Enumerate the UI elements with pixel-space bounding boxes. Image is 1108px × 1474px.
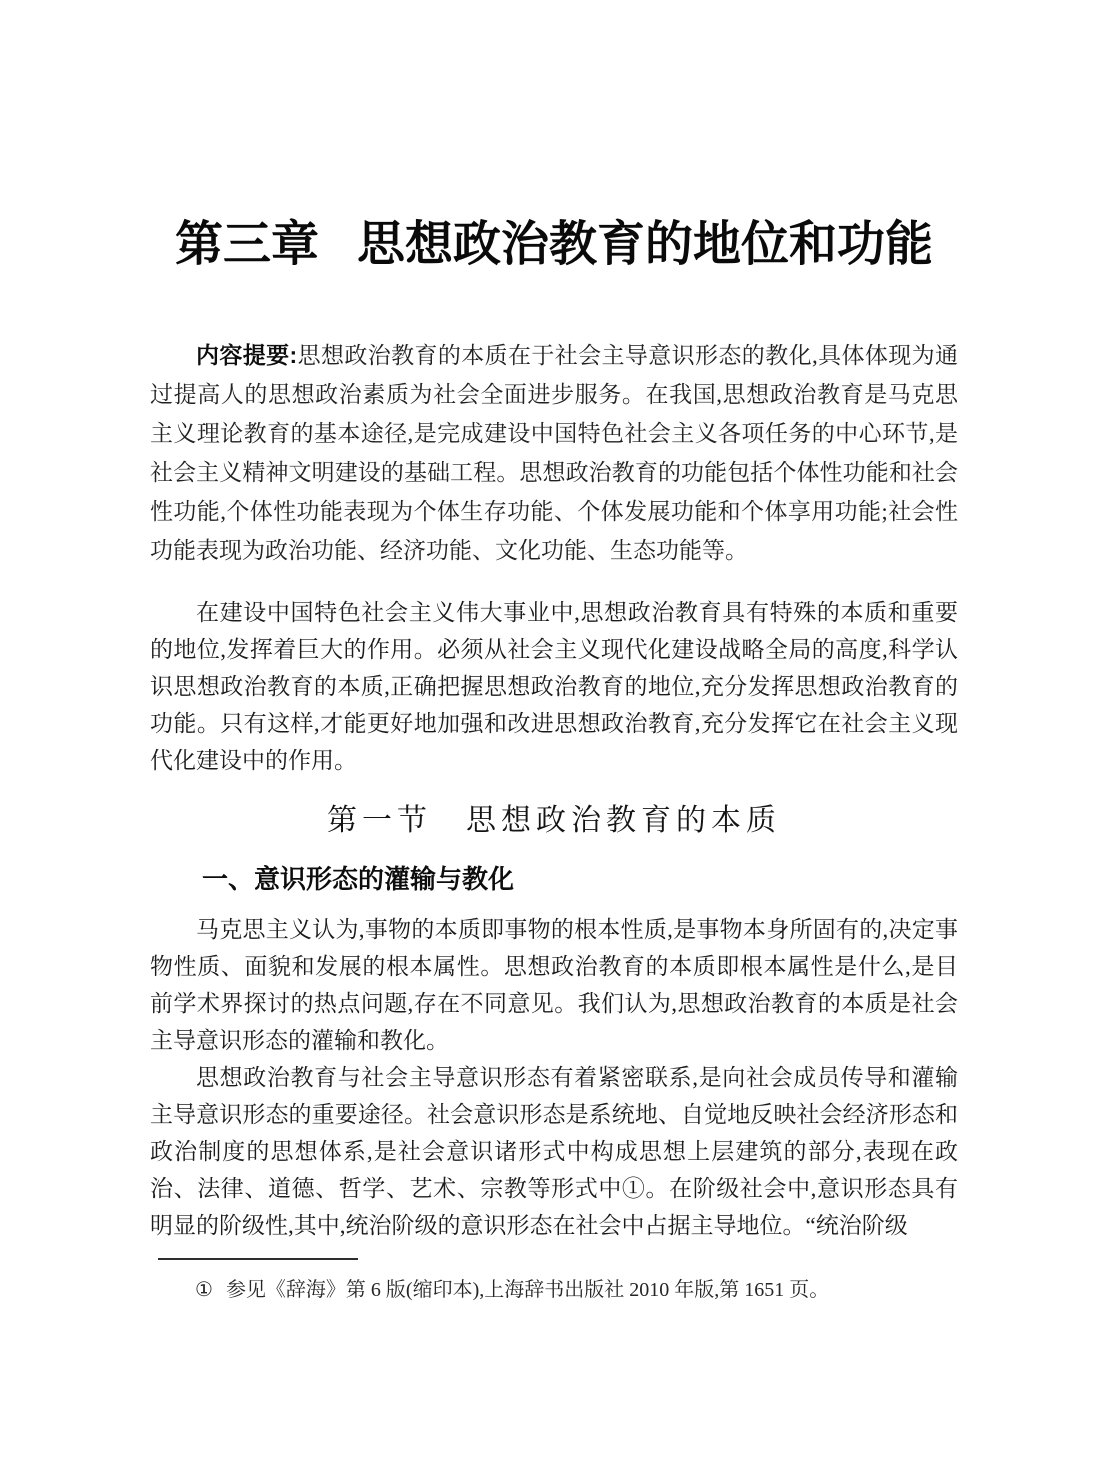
footnote-marker: ① (195, 1279, 213, 1301)
footnote-area: ①参见《辞海》第 6 版(缩印本),上海辞书出版社 2010 年版,第 1651… (150, 1258, 958, 1304)
abstract-label: 内容提要: (196, 342, 297, 368)
section-number: 第一节 (327, 804, 432, 837)
body-paragraph-1: 马克思主义认为,事物的本质即事物的根本性质,是事物本身所固有的,决定事物性质、面… (150, 911, 958, 1059)
footnote-divider (158, 1258, 358, 1260)
chapter-title: 第三章思想政治教育的地位和功能 (150, 216, 958, 274)
intro-paragraph: 在建设中国特色社会主义伟大事业中,思想政治教育具有特殊的本质和重要的地位,发挥着… (150, 594, 958, 779)
footnote: ①参见《辞海》第 6 版(缩印本),上海辞书出版社 2010 年版,第 1651… (195, 1276, 958, 1304)
footnote-text: 参见《辞海》第 6 版(缩印本),上海辞书出版社 2010 年版,第 1651 … (226, 1279, 829, 1301)
subsection-title: 一、意识形态的灌输与教化 (150, 861, 958, 897)
chapter-name: 思想政治教育的地位和功能 (357, 218, 933, 271)
book-page: 第三章思想政治教育的地位和功能 内容提要:思想政治教育的本质在于社会主导意识形态… (0, 0, 1108, 1474)
section-name: 思想政治教育的本质 (466, 804, 781, 837)
abstract-paragraph: 内容提要:思想政治教育的本质在于社会主导意识形态的教化,具体体现为通过提高人的思… (150, 336, 958, 570)
abstract-text: 思想政治教育的本质在于社会主导意识形态的教化,具体体现为通过提高人的思想政治素质… (150, 343, 958, 563)
section-title: 第一节思想政治教育的本质 (150, 799, 958, 843)
chapter-number: 第三章 (175, 218, 319, 271)
body-paragraph-2: 思想政治教育与社会主导意识形态有着紧密联系,是向社会成员传导和灌输主导意识形态的… (150, 1059, 958, 1244)
